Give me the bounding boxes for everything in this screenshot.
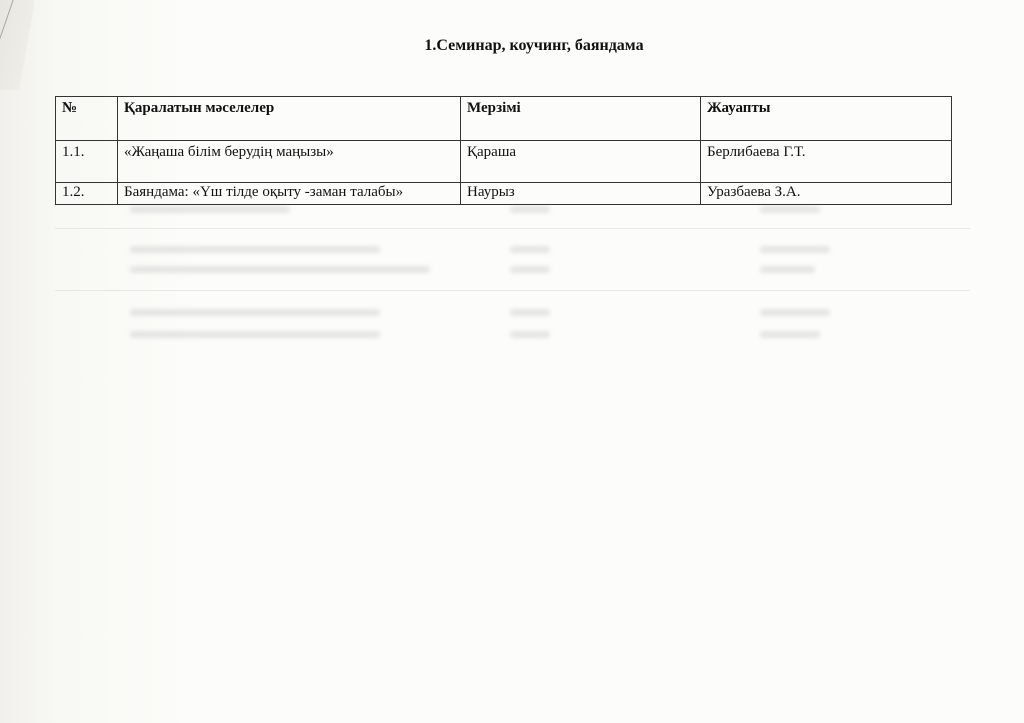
seminar-plan-table: № Қаралатын мәселелер Мерзімі Жауапты 1.… — [55, 96, 952, 205]
row-term: Қараша — [461, 141, 701, 183]
row-responsible: Уразбаева З.А. — [701, 183, 952, 205]
header-number: № — [56, 97, 118, 141]
table-row: 1.2. Баяндама: «Үш тілде оқыту -заман та… — [56, 183, 952, 205]
header-term: Мерзімі — [461, 97, 701, 141]
header-responsible: Жауапты — [701, 97, 952, 141]
row-term: Наурыз — [461, 183, 701, 205]
table-header-row: № Қаралатын мәселелер Мерзімі Жауапты — [56, 97, 952, 141]
table-row: 1.1. «Жаңаша білім берудің маңызы» Қараш… — [56, 141, 952, 183]
section-title: 1.Семинар, коучинг, баяндама — [0, 37, 1024, 55]
row-topic: «Жаңаша білім берудің маңызы» — [118, 141, 461, 183]
header-topic: Қаралатын мәселелер — [118, 97, 461, 141]
row-number: 1.2. — [56, 183, 118, 205]
row-responsible: Берлибаева Г.Т. — [701, 141, 952, 183]
row-number: 1.1. — [56, 141, 118, 183]
row-topic: Баяндама: «Үш тілде оқыту -заман талабы» — [118, 183, 461, 205]
